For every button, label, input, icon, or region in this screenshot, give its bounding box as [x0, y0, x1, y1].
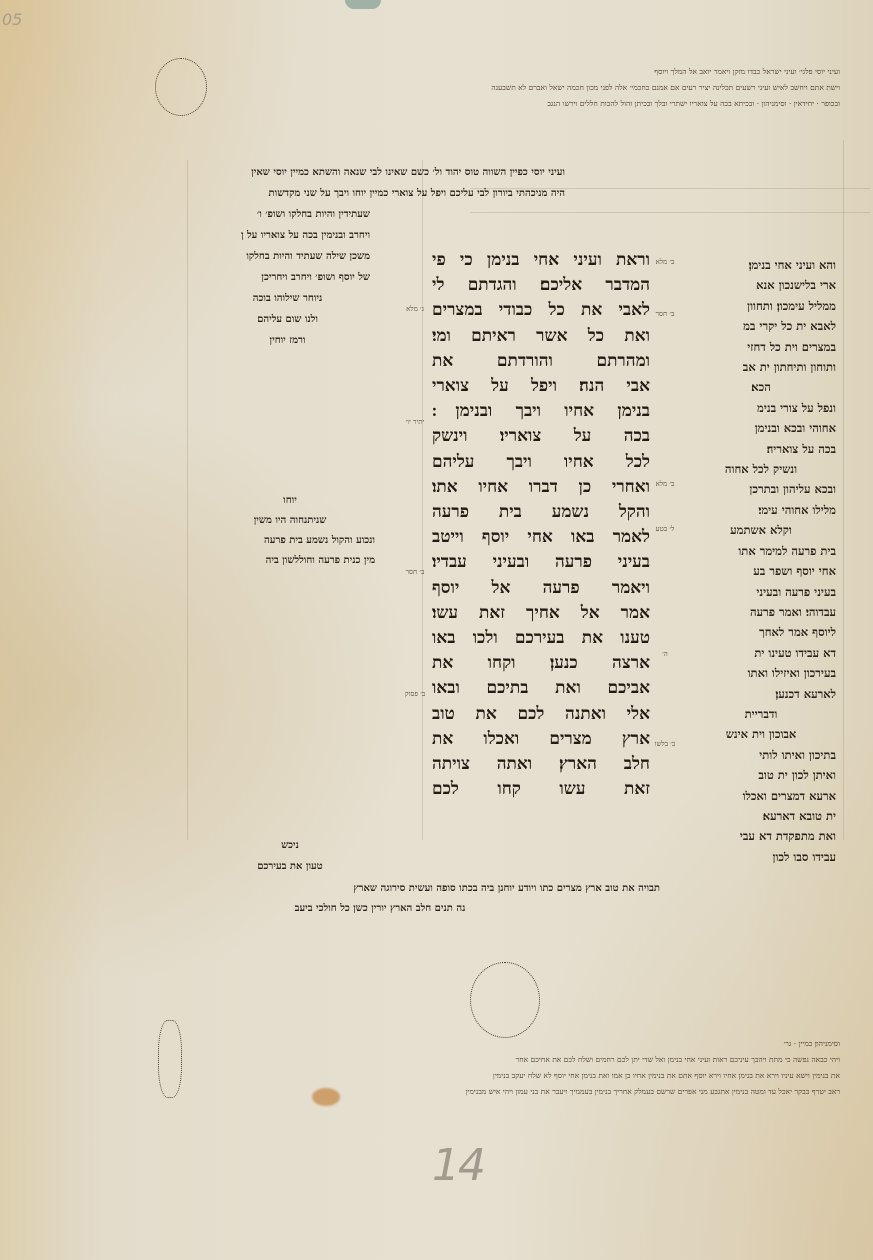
commentary-line: ולנו שום עליהם [210, 309, 365, 330]
ruling-line-top-2 [470, 212, 870, 213]
main-text-line: וראת ועיני אחי בנימן כי פי [432, 248, 650, 273]
commentary-line: שעתידין והיות בחלקו ושופ׳ ו׳ [210, 204, 370, 225]
commentary-line: ונכוע והקול נשמע בית פרעה [205, 530, 375, 551]
targum-line: בית פרעה למימר אתו [686, 541, 836, 561]
main-text-column: וראת ועיני אחי בנימן כי פי המדבר אליכם׃ … [432, 248, 650, 802]
commentary-line: שניתנחוה היו משין [205, 510, 375, 531]
ruling-line-vertical-right [843, 140, 844, 840]
targum-line: ממליל עימכון׃ ותחוון [686, 296, 836, 316]
commentary-line: תבויה את טוב ארץ מצרים כתו ויודע יוחנן ב… [200, 878, 660, 899]
targum-line: מלילו אחוהי עימי׃ [686, 500, 836, 520]
micrography-ornament-side [158, 1020, 182, 1098]
targum-line: לארעא דכנען׃ [686, 684, 836, 704]
masora-line: ויהי כבאה נפשה כי מתת ויהבך עיניכם ראות … [185, 1054, 840, 1066]
masora-line: ובכופר · יחידאין · וסימניהון · ובכיתא בכ… [210, 98, 840, 110]
main-text-line: ואחרי כן דברו אחיו אתו׃ [432, 475, 650, 500]
targum-line: עבידו סבו לכון [686, 847, 836, 867]
main-text-line: ארץ מצרים ואכלו את [432, 727, 650, 752]
commentary-line: ניכש [205, 835, 375, 856]
micrography-ornament-top [155, 58, 207, 116]
masora-note: ב׳ מלא [650, 480, 680, 489]
targum-line: ונשיק לכל אחוה [686, 459, 836, 479]
masora-note: ב׳ בלשו [650, 740, 680, 749]
masora-line: ועיני יוסי פלגי׳ ועיני ישראל כבדו מזקן ו… [210, 66, 840, 78]
targum-line: ארעא דמצרים ואכלו [686, 786, 836, 806]
targum-line: בעירכון ואיזילו ואתו [686, 663, 836, 683]
masora-note: ג׳ מלא [400, 305, 430, 314]
masora-note: ה׳ [650, 650, 680, 659]
targum-line: ונפל על צורי בנימ [686, 398, 836, 418]
ruling-line-vertical-left [187, 160, 188, 840]
targum-line: ליוסף אמר לאחך [686, 622, 836, 642]
main-text-line: בנימן אחיו ויבך ובנימן ׃ [432, 399, 650, 424]
targum-line: במצרים וית כל דחזי [686, 337, 836, 357]
main-text-line: זאת עשו קחו לכם [432, 777, 650, 802]
main-text-line: לאמר באו אחי יוסף וייטב [432, 525, 650, 550]
masora-note: ב׳ חסר [650, 310, 680, 319]
commentary-line: מין כנית פרעה וחוללשון ביה [205, 550, 375, 571]
targum-line: וקלא אשתמע [686, 520, 836, 540]
main-text-line: לאבי את כל כבודי במצרים [432, 298, 650, 323]
main-text-line: אבי הנה׃ ויפל על צוארי [432, 374, 650, 399]
masora-line: את בנימין וישא עיניו וירא את בנימן אחיו … [185, 1070, 840, 1082]
targum-line: ודבריית [686, 704, 836, 724]
pencil-foliation-number: 14 [432, 1140, 484, 1191]
targum-column: והא ועיני אחי בנימן׃ ארי בלישנכון אנא ממ… [686, 255, 836, 867]
targum-line: לאבא ית כל יקרי במ [686, 316, 836, 336]
commentary-line: ויחרב ובנימין בכה על צואריו על ן [210, 225, 370, 246]
commentary-line: טעון את בעירכם [205, 856, 375, 877]
targum-line: והא ועיני אחי בנימן׃ [686, 255, 836, 275]
main-text-line: והקל נשמע בית פרעה [432, 500, 650, 525]
masora-note: ל׳ בטע [650, 525, 680, 534]
main-text-line: בעיני פרעה ובעיני עבדיו׃ [432, 550, 650, 575]
main-text-line: אלי ואתנה לכם את טוב [432, 702, 650, 727]
main-text-line: אביכם ואת בתיכם ובאו [432, 676, 650, 701]
targum-line: אבוכון וית אינש [686, 724, 836, 744]
masora-line: וישת אתם ויחשב לאיש ועיני רשעים תכלינה י… [210, 82, 840, 94]
main-text-line: ומהרתם והורדתם את [432, 349, 650, 374]
targum-line: ובכא עליהון ובתרכן [686, 479, 836, 499]
main-text-line: המדבר אליכם׃ והגדתם לי [432, 273, 650, 298]
targum-line: ואת מתפקדת דא עבי [686, 826, 836, 846]
main-text-line: אמר אל אחיך זאת עשו׃ [432, 601, 650, 626]
micrography-ornament-rosette [470, 962, 540, 1038]
main-text-line: ויאמר פרעה אל יוסף [432, 576, 650, 601]
commentary-line: משכן שילה שעתיד והיות בחלקו [210, 246, 370, 267]
targum-line: בעיני פרעה ובעיני [686, 582, 836, 602]
targum-line: ואיתן לכון ית טוב [686, 765, 836, 785]
masora-line: ראב יטרף בבקר יאכל עד ומטה בנימין אתגבע … [185, 1086, 840, 1098]
commentary-line: ועיני יוסי כפיין השווה טוס יהוד ול׳ כשם … [205, 162, 565, 183]
main-text-line: חלב הארץ׃ ואתה צויתה [432, 752, 650, 777]
targum-line: בכה על צואריה׃ [686, 439, 836, 459]
targum-line: ארי בלישנכון אנא [686, 275, 836, 295]
masora-note: יתיר יו׳ [400, 418, 430, 427]
masora-note: ב׳ פסוק [400, 690, 430, 699]
masora-line: וסימניהון׃ כמיין · גר׳ [185, 1038, 840, 1050]
targum-line: דא עבידו טעינו ית [686, 643, 836, 663]
commentary-line: יוחו [205, 490, 375, 511]
targum-line: בתיכון ואיתו לותי [686, 745, 836, 765]
main-text-line: טענו את בעירכם ולכו באו [432, 626, 650, 651]
targum-line: עבדוהי׃ ואמר פרעה [686, 602, 836, 622]
pencil-folio-mark: 05 [2, 10, 22, 29]
ruling-line-vertical-inner [422, 160, 423, 840]
main-text-line: לכל אחיו ויבך עליהם [432, 450, 650, 475]
targum-line: ותוחון ותיחתון ית אב [686, 357, 836, 377]
main-text-line: בכה על צואריו׃ וינשק [432, 424, 650, 449]
main-text-line: ארצה כנען׃ וקחו את [432, 651, 650, 676]
commentary-line: נה תנים חלב הארץ יורין כשן כל חולכי ביעב [290, 898, 470, 919]
masora-note: ב׳ מלא [650, 258, 680, 267]
commentary-line: ורמז יוחין [210, 330, 365, 351]
targum-line: אחי יוסף ושפר בע [686, 561, 836, 581]
manuscript-page: 05 ועיני יוסי פלגי׳ ועיני ישראל כבדו מזק… [0, 0, 873, 1260]
main-text-line: ואת כל אשר ראיתם ומי׃ [432, 324, 650, 349]
commentary-line: ניוחר שילוהו בוכה [210, 288, 365, 309]
commentary-line: היה מניכהתי ביורון לבי עליכם ויפל על צוא… [205, 183, 565, 204]
targum-line: הכא׃ [686, 377, 836, 397]
targum-line: אחוהי ובכא ובנימן [686, 418, 836, 438]
green-stain [345, 0, 381, 9]
masora-note: ב׳ חסר [400, 568, 430, 577]
commentary-line: של יוסף ושופ׳ ויחרב ויחריכן [210, 267, 370, 288]
targum-line: ית טובא דארעא׃ [686, 806, 836, 826]
